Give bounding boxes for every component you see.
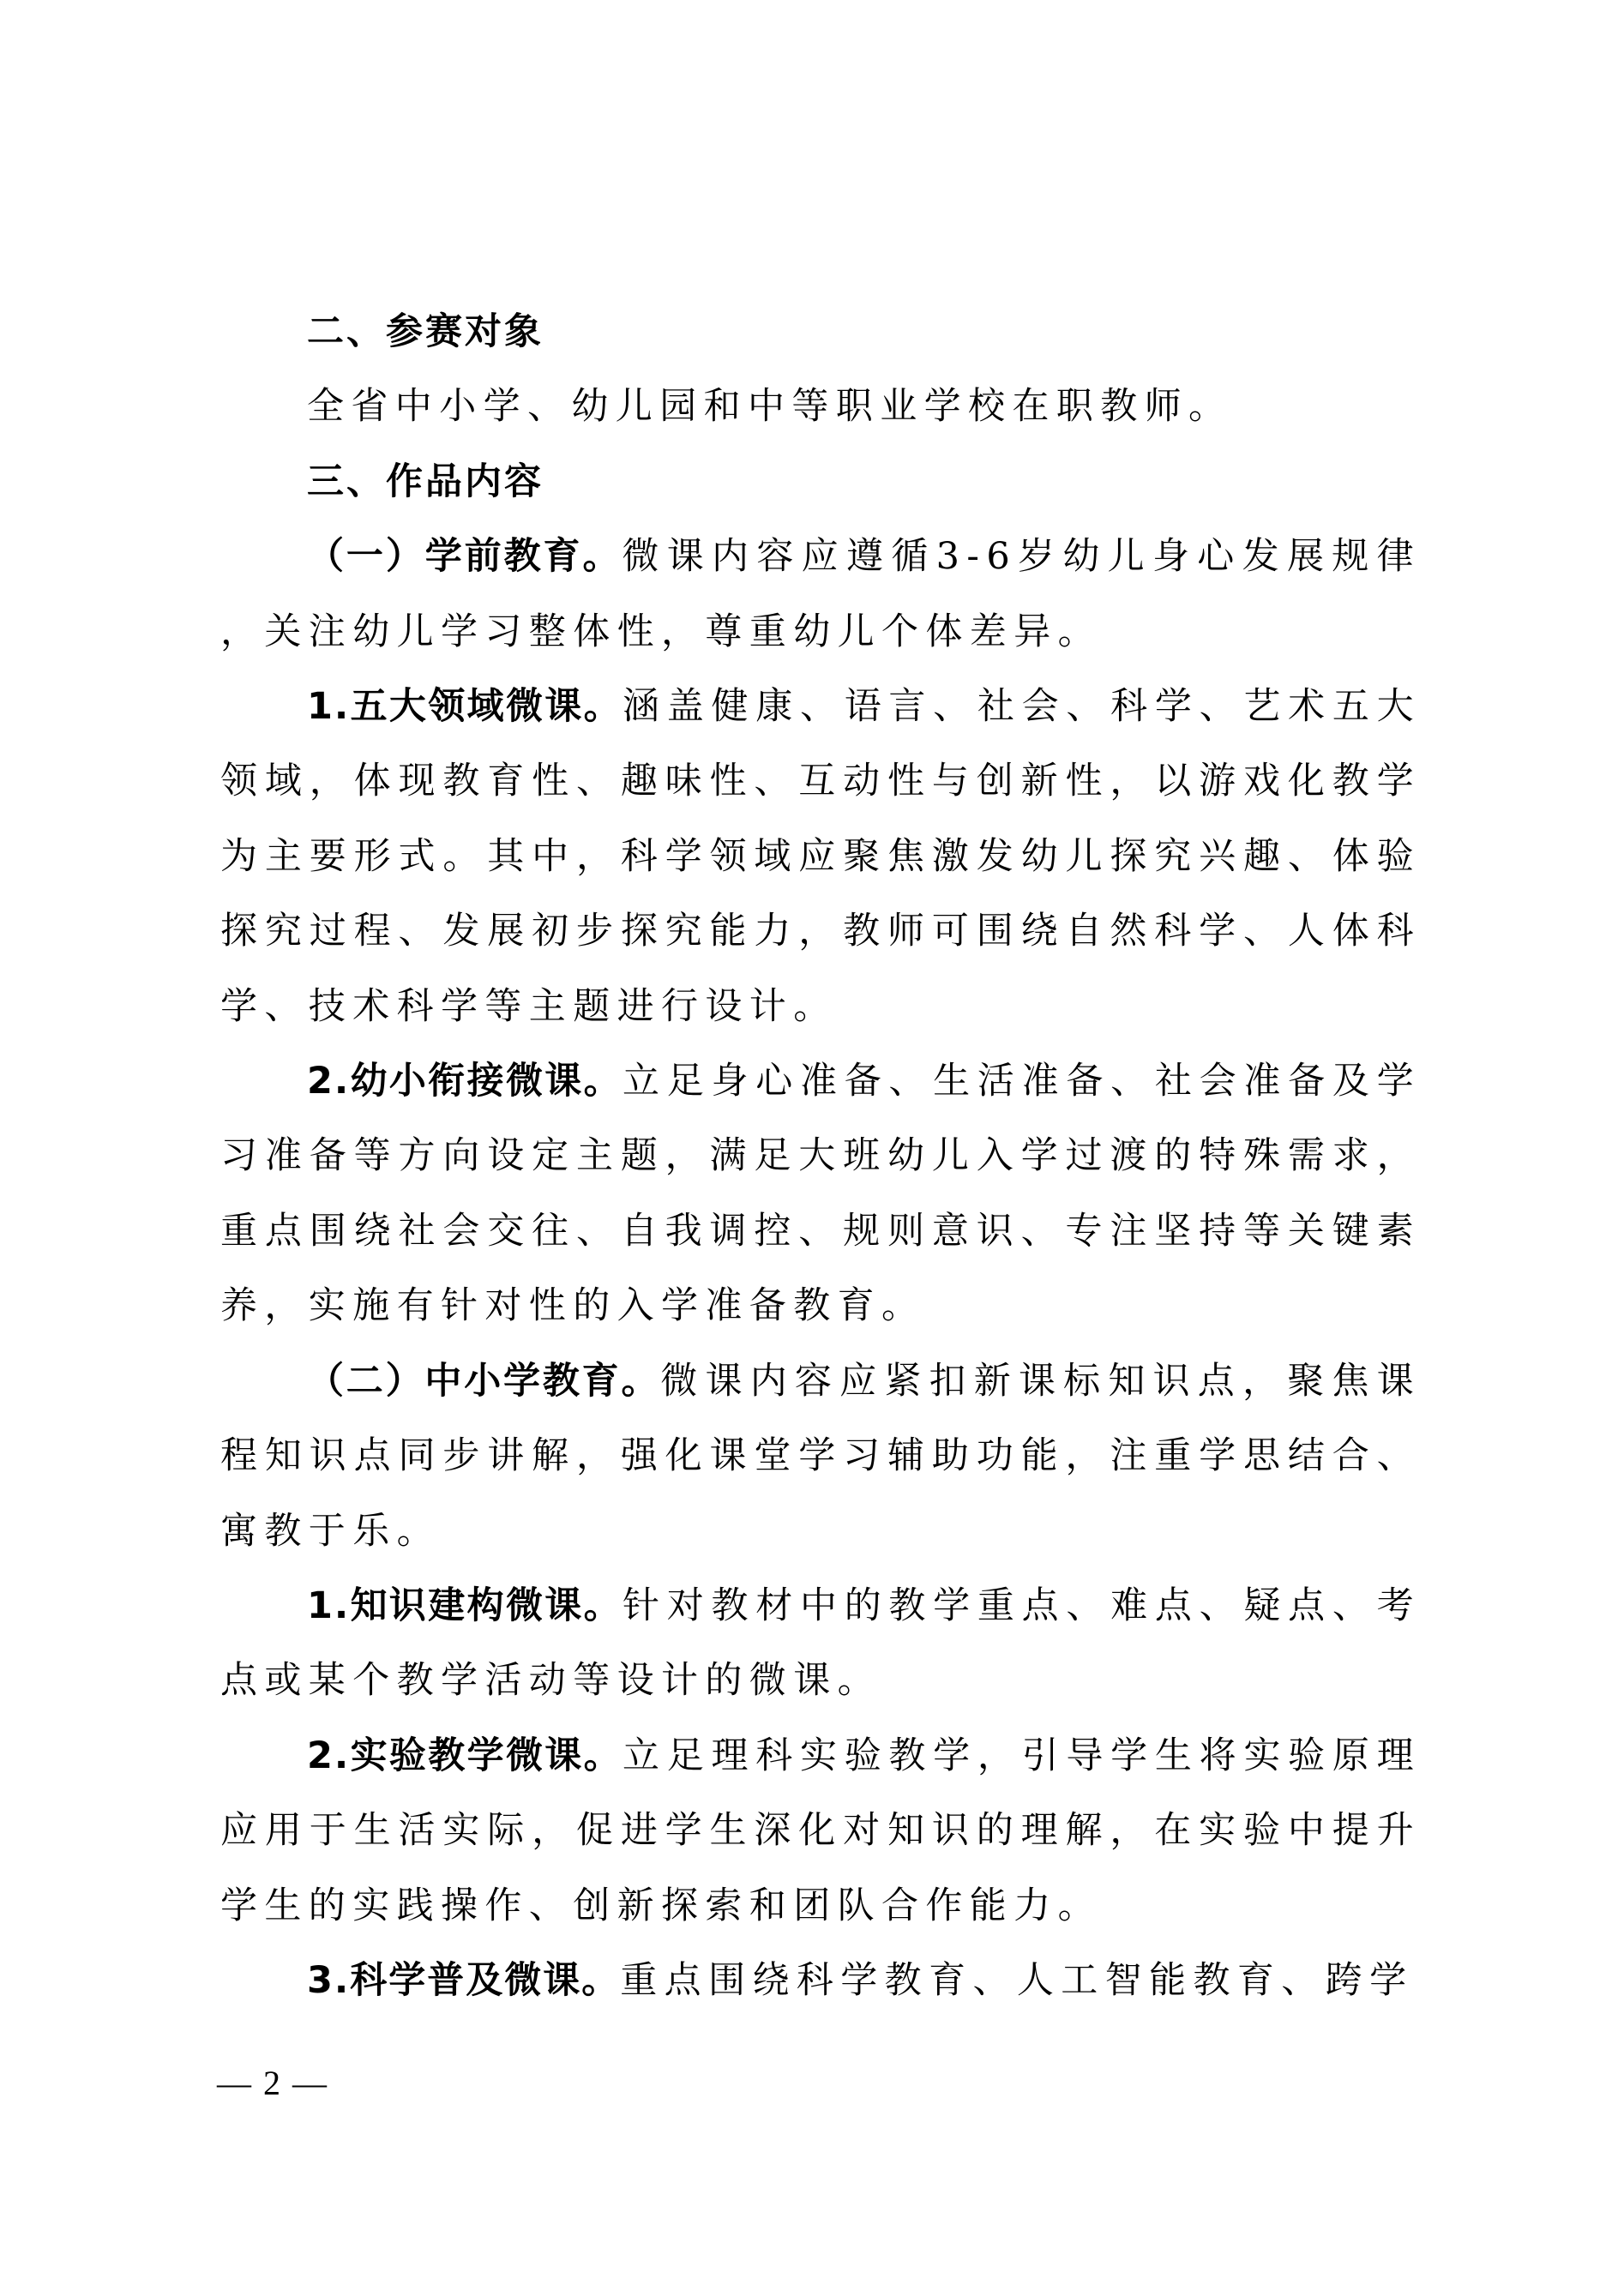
paragraph-transition: 2.幼小衔接微课。立足身心准备、生活准备、社会准备及学习准备等方向设定主题，满足…: [220, 1044, 1421, 1344]
document-body: 二、参赛对象 全省中小学、幼儿园和中等职业学校在职教师。 三、作品内容 （一）学…: [220, 295, 1421, 2018]
document-page: 二、参赛对象 全省中小学、幼儿园和中等职业学校在职教师。 三、作品内容 （一）学…: [0, 0, 1624, 2296]
paragraph-body: 重点围绕科学教育、人工智能教育、跨学: [620, 1959, 1413, 2002]
paragraph-runin-title: 2.幼小衔接微课。: [307, 1060, 623, 1103]
section-heading-participants: 二、参赛对象: [220, 295, 1421, 370]
paragraph-body: 全省中小学、幼儿园和中等职业学校在职教师。: [307, 385, 1232, 428]
paragraph-participants: 全省中小学、幼儿园和中等职业学校在职教师。: [220, 370, 1421, 444]
paragraph-runin-title: 3.科学普及微课。: [307, 1959, 620, 2002]
page-number: — 2 —: [217, 2062, 328, 2105]
section-heading-content: 三、作品内容: [220, 445, 1421, 520]
paragraph-runin-title: （二）中小学教育。: [307, 1360, 660, 1403]
paragraph-runin-title: 2.实验教学微课。: [307, 1734, 623, 1777]
paragraph-knowledge: 1.知识建构微课。针对教材中的教学重点、难点、疑点、考点或某个教学活动等设计的微…: [220, 1569, 1421, 1719]
paragraph-preschool: （一）学前教育。微课内容应遵循3-6岁幼儿身心发展规律，关注幼儿学习整体性，尊重…: [220, 520, 1421, 670]
paragraph-runin-title: （一）学前教育。: [307, 535, 622, 578]
paragraph-k12: （二）中小学教育。微课内容应紧扣新课标知识点，聚焦课程知识点同步讲解，强化课堂学…: [220, 1344, 1421, 1569]
paragraph-runin-title: 1.知识建构微课。: [307, 1584, 623, 1627]
paragraph-runin-title: 1.五大领域微课。: [307, 685, 623, 728]
paragraph-experiment: 2.实验教学微课。立足理科实验教学，引导学生将实验原理应用于生活实际，促进学生深…: [220, 1719, 1421, 1944]
paragraph-five-domains: 1.五大领域微课。涵盖健康、语言、社会、科学、艺术五大领域，体现教育性、趣味性、…: [220, 670, 1421, 1044]
paragraph-science-popularization: 3.科学普及微课。重点围绕科学教育、人工智能教育、跨学: [220, 1944, 1421, 2018]
paragraph-body: 涵盖健康、语言、社会、科学、艺术五大领域，体现教育性、趣味性、互动性与创新性，以…: [220, 685, 1421, 1028]
